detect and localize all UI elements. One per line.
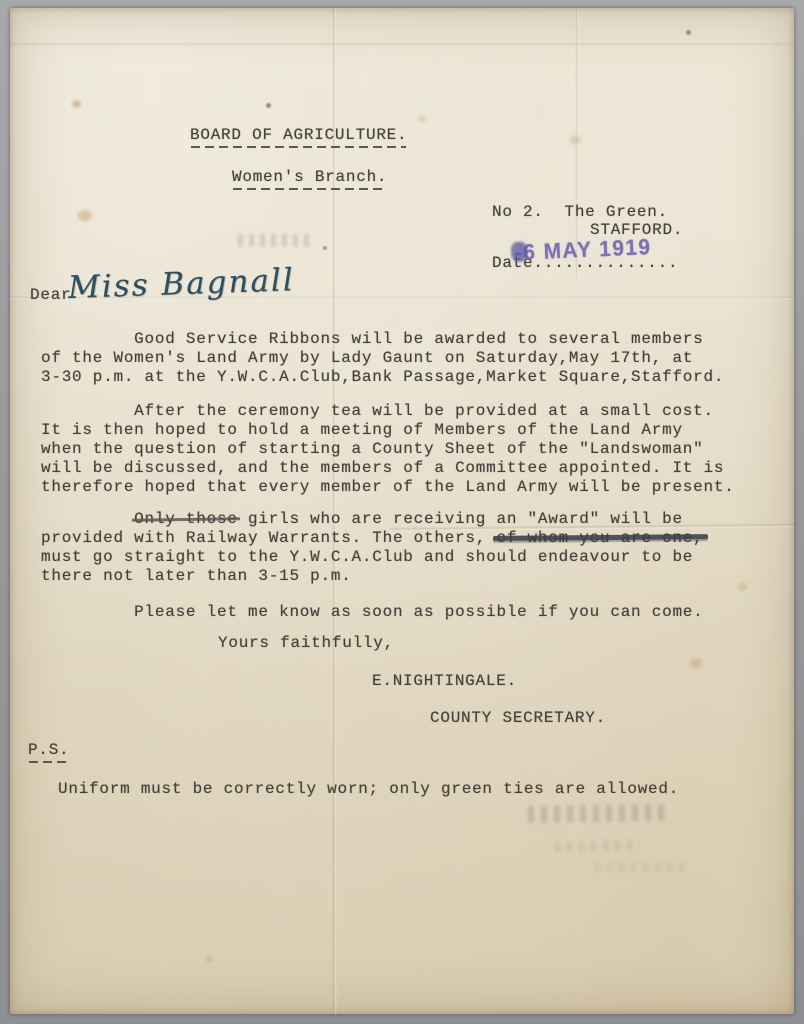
- ink-bleedthrough: [555, 840, 640, 852]
- faint-pencil-smudge: [238, 234, 310, 247]
- paragraph-3: Only those girls who are receiving an "A…: [41, 510, 704, 586]
- org-title-text: BOARD OF AGRICULTURE.: [190, 126, 407, 148]
- text-line: must go straight to the Y.W.C.A.Club and…: [41, 548, 704, 567]
- org-title: BOARD OF AGRICULTURE.: [190, 126, 407, 148]
- ink-speck: [266, 103, 271, 108]
- text-segment: girls who are receiving an "Award" will …: [238, 510, 683, 528]
- foxing-stain: [570, 136, 581, 144]
- paragraph-1: Good Service Ribbons will be awarded to …: [41, 330, 724, 387]
- letter-scan-photo: { "letterhead": { "org": "BOARD OF AGRIC…: [0, 0, 804, 1024]
- handwritten-recipient-name: Miss Bagnall: [67, 262, 295, 306]
- letter-paper: BOARD OF AGRICULTURE. Women's Branch. No…: [10, 8, 794, 1014]
- text-segment: provided with Railway Warrants. The othe…: [41, 529, 496, 547]
- ink-bleedthrough: [528, 804, 666, 823]
- text-line: there not later than 3-15 p.m.: [41, 567, 704, 586]
- text-line: therefore hoped that every member of the…: [41, 478, 735, 497]
- signatory-title: COUNTY SECRETARY.: [430, 709, 606, 728]
- text-line: when the question of starting a County S…: [41, 440, 735, 459]
- foxing-stain: [206, 956, 213, 962]
- valediction: Yours faithfully,: [218, 634, 394, 653]
- text-line: After the ceremony tea will be provided …: [41, 402, 735, 421]
- foxing-stain: [418, 116, 426, 122]
- salutation-typed: Dear: [30, 286, 71, 305]
- text-line: provided with Railway Warrants. The othe…: [41, 529, 704, 548]
- struck-out-text-heavy: of whom you are one,: [496, 529, 703, 547]
- text-line: Only those girls who are receiving an "A…: [41, 510, 704, 529]
- postscript-label-text: P.S.: [28, 741, 69, 763]
- branch-subtitle-text: Women's Branch.: [232, 168, 387, 190]
- text-line: Good Service Ribbons will be awarded to …: [41, 330, 724, 349]
- text-line: It is then hoped to hold a meeting of Me…: [41, 421, 735, 440]
- branch-subtitle: Women's Branch.: [232, 168, 387, 190]
- foxing-stain: [78, 210, 92, 221]
- foxing-stain: [738, 583, 747, 591]
- struck-out-text: Only those: [134, 510, 238, 528]
- text-line: of the Women's Land Army by Lady Gaunt o…: [41, 349, 724, 368]
- paragraph-4: Please let me know as soon as possible i…: [41, 603, 704, 622]
- horizontal-fold-line: [10, 42, 794, 46]
- postscript-text: Uniform must be correctly worn; only gre…: [58, 780, 679, 799]
- ink-bleedthrough: [595, 863, 690, 872]
- foxing-stain: [690, 658, 702, 668]
- ink-speck: [323, 246, 327, 250]
- ink-speck: [686, 30, 691, 35]
- text-line: will be discussed, and the members of a …: [41, 459, 735, 478]
- stamp-ink-blot: [511, 241, 528, 262]
- foxing-stain: [72, 100, 81, 108]
- text-line: 3-30 p.m. at the Y.W.C.A.Club,Bank Passa…: [41, 368, 724, 387]
- signature-name: E.NIGHTINGALE.: [372, 672, 517, 691]
- paragraph-2: After the ceremony tea will be provided …: [41, 402, 735, 497]
- address-line-1: No 2. The Green.: [492, 203, 668, 222]
- date-stamp-text: -6 MAY 1919: [514, 234, 651, 265]
- indent-spaces: [41, 510, 134, 528]
- postscript-label: P.S.: [28, 741, 69, 763]
